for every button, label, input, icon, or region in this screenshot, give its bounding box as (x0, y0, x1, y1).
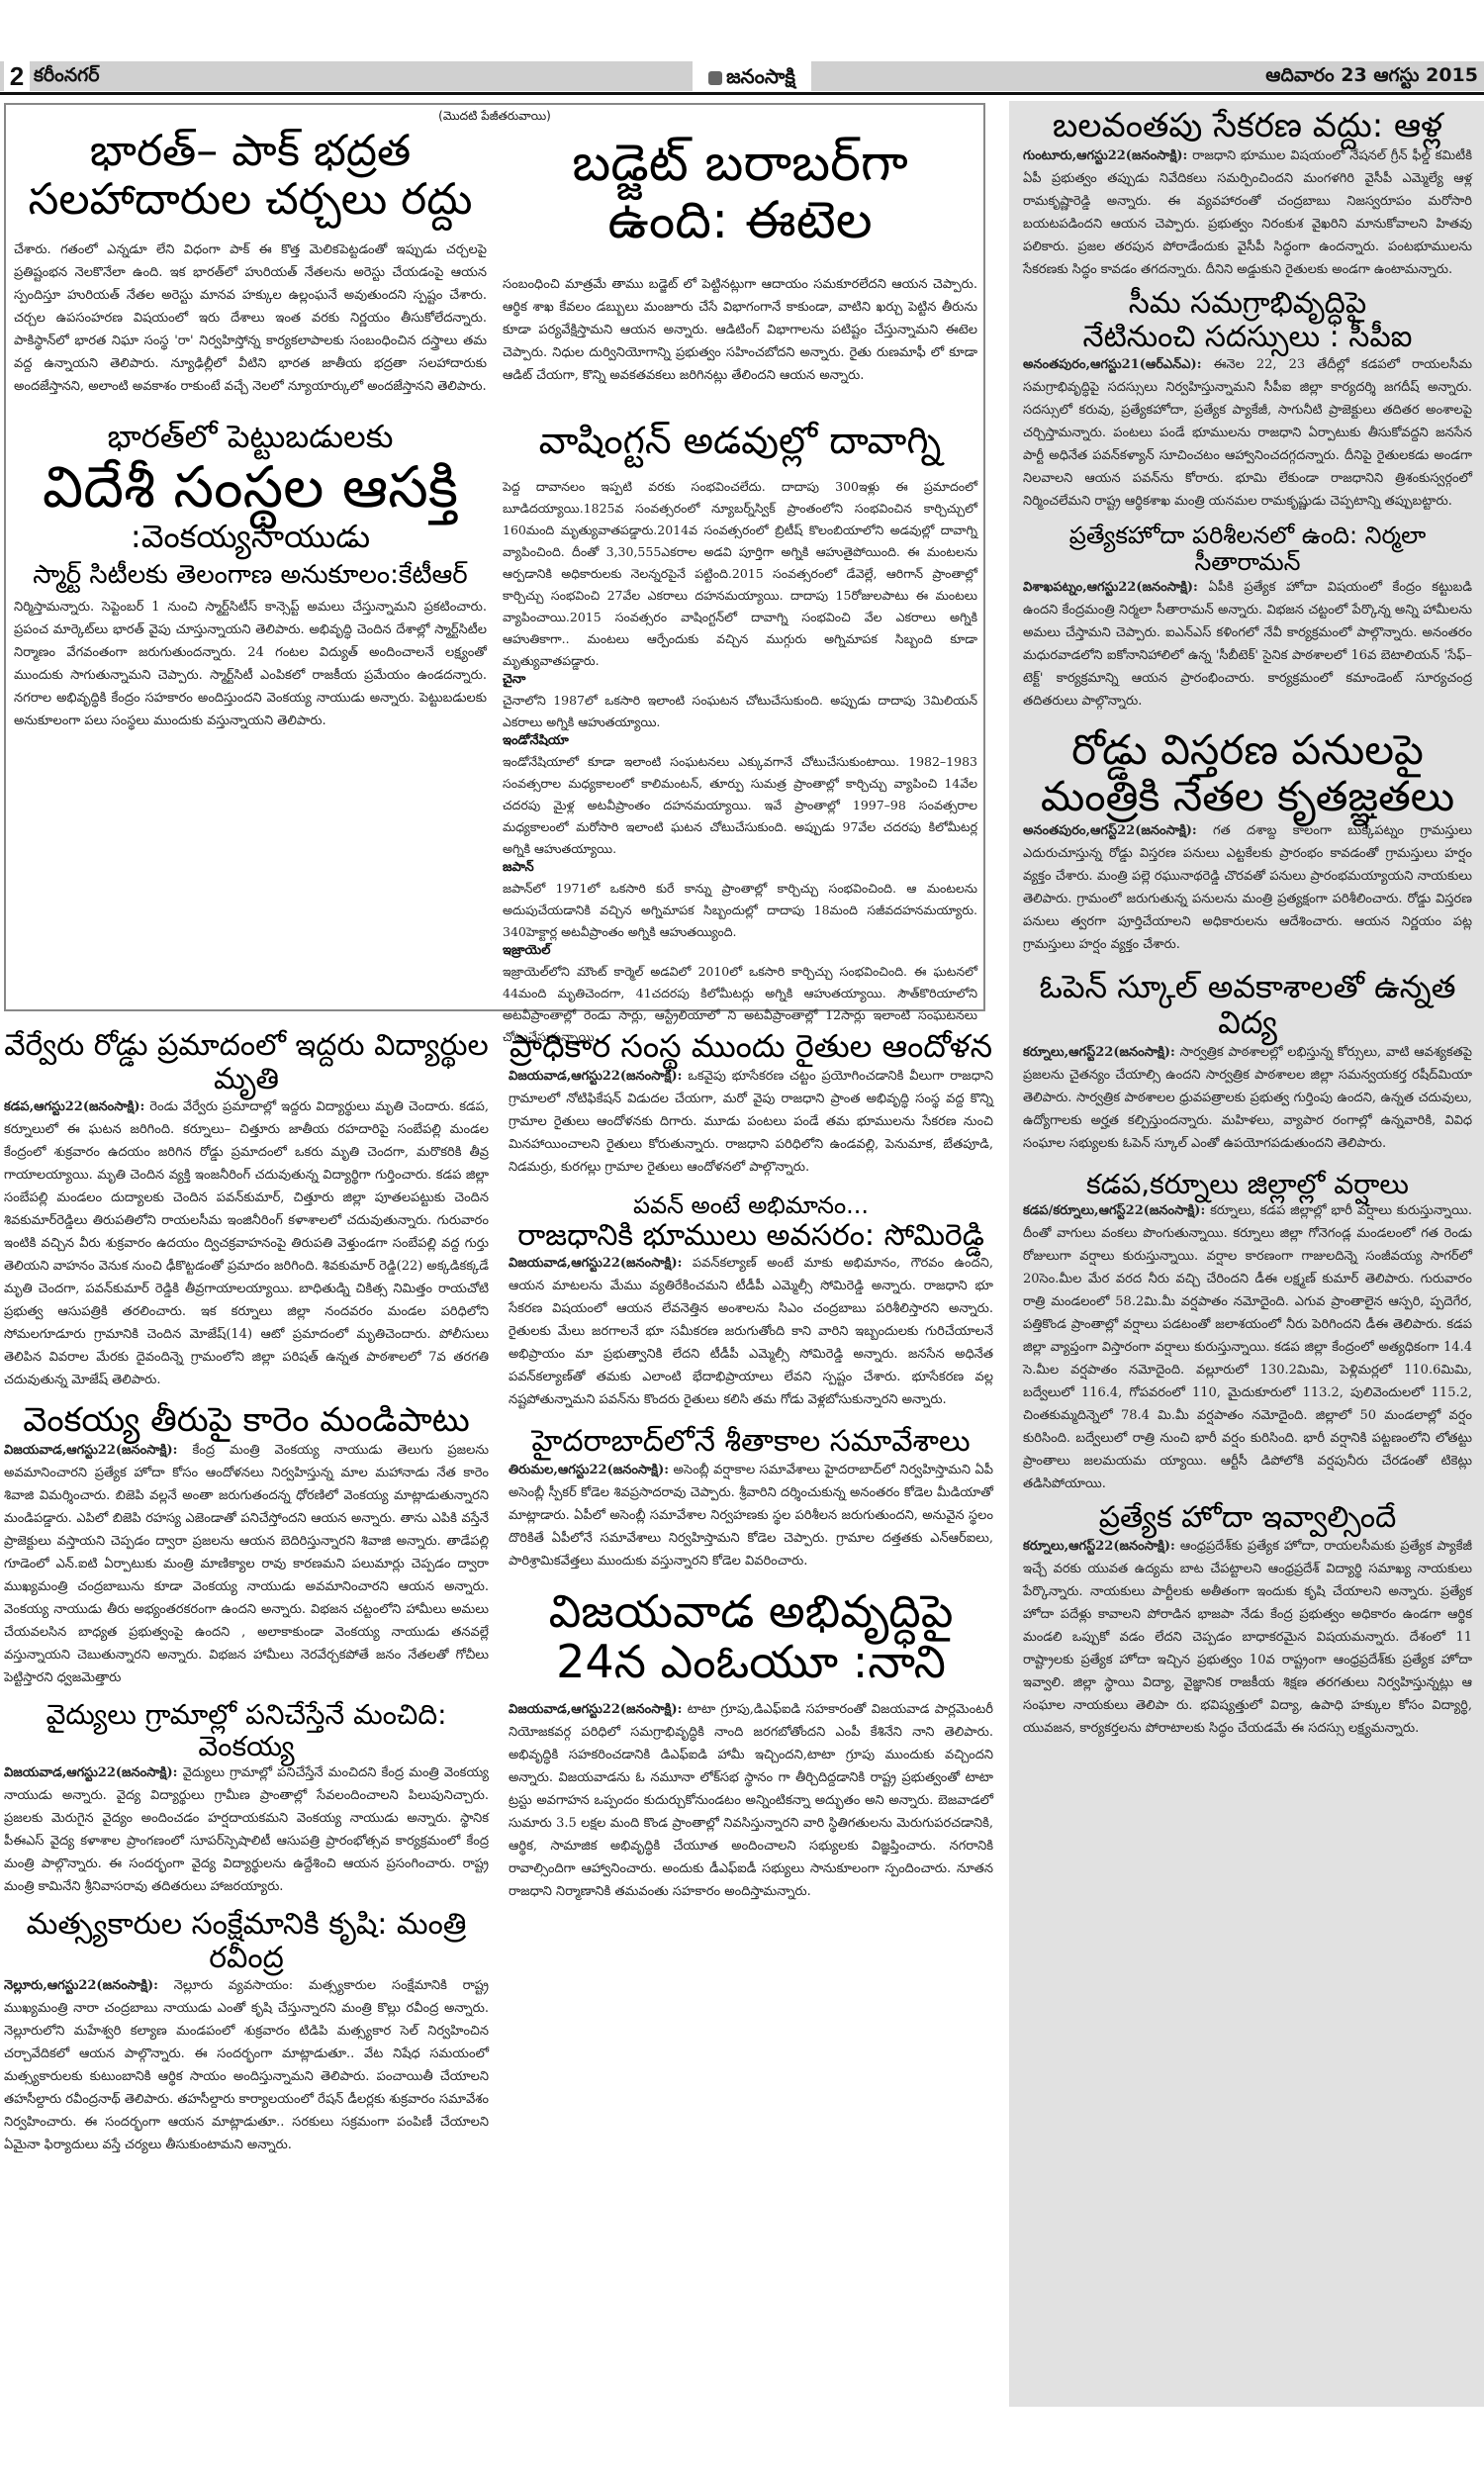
section-text: ఇండోనేషియాలో కూడా ఇలాంటి సంఘటనలు ఎక్కువగ… (503, 751, 977, 860)
article-body: తిరుమల,ఆగస్టు22(జనంసాక్షి): అసెంబ్లీ వర్… (509, 1459, 993, 1572)
section-text: చైనాలోని 1987లో ఒకసారి ఇలాంటి సంఘటన చోటు… (503, 690, 977, 733)
headline: బలవంతపు సేకరణ వద్దు: ఆళ్ల (1023, 107, 1472, 144)
article: ప్రాధికార సంస్థ ముందు రైతుల ఆందోళన విజయవ… (509, 1029, 993, 1179)
headline: వాషింగ్టన్ అడవుల్లో దావాగ్ని (503, 420, 977, 462)
headline: రోడ్డు విస్తరణ పనులపై (1023, 726, 1472, 773)
headline: కడప,కర్నూలు జిల్లాల్లో వర్షాలు (1023, 1169, 1472, 1199)
article: విజయవాడ అభివృద్ధిపై 24న ఎంఓయూ :నాని విజయ… (509, 1586, 993, 1903)
article: మత్స్యకారుల సంక్షేమానికి కృషి: మంత్రి రవ… (4, 1908, 489, 2156)
article: ఓపెన్ స్కూల్ అవకాశాలతో ఉన్నత విద్య కర్నూ… (1023, 970, 1472, 1155)
article-budget-etela: బడ్జెట్ బరాబర్‌గా ఉంది: ఈటెల సంబంధించి మ… (503, 135, 977, 387)
article: వేర్వేరు రోడ్డు ప్రమాదంలో ఇద్దరు విద్యార… (4, 1029, 489, 1391)
dateline: విజయవాడ,ఆగస్టు22(జనంసాక్షి): (4, 1765, 177, 1780)
headline: ప్రత్యేకహోదా పరిశీలనలో ఉంది: నిర్మలా సీత… (1023, 523, 1472, 576)
kicker: పవన్ అంటే అభిమానం... (509, 1192, 993, 1219)
article: ప్రత్యేక హోదా ఇవ్వాల్సిందే కర్నూలు,ఆగస్ట… (1023, 1501, 1472, 1740)
article-indo-pak-talks: భారత్– పాక్ భద్రత సలహాదారుల చర్చలు రద్దు… (14, 127, 487, 398)
article: సీమ సమగ్రాభివృద్ధిపై నేటినుంచి సదస్సులు … (1023, 287, 1472, 513)
middle-column: ప్రాధికార సంస్థ ముందు రైతుల ఆందోళన విజయవ… (509, 1029, 993, 1903)
article-body: పెద్ద దావానలం ఇప్పటి వరకు సంభవించలేదు. ద… (503, 476, 977, 672)
brand-name: జనంసాక్షి (726, 64, 795, 88)
dateline: విజయవాడ,ఆగస్టు22(జనంసాక్షి): (509, 1256, 682, 1271)
edition-region: కరీంనగర్ (34, 64, 100, 91)
article: ప్రత్యేకహోదా పరిశీలనలో ఉంది: నిర్మలా సీత… (1023, 523, 1472, 713)
headline: వైద్యులు గ్రామాల్లో పనిచేస్తేనే మంచిది: … (4, 1699, 489, 1761)
continued-label: (మొదటి పేజీతరువాయి) (6, 109, 983, 126)
article-body: సంబంధించి మాత్రమే తాము బడ్జెట్ లో పెట్టి… (503, 273, 977, 387)
section-title: ఇజ్రాయెల్ (503, 943, 977, 961)
article-body: విజయవాడ,ఆగస్టు22(జనంసాక్షి): ఒకవైపు భూసే… (509, 1065, 993, 1179)
section-title: ఇండోనేషియా (503, 733, 977, 751)
page-number: 2 (4, 61, 30, 91)
headline: బడ్జెట్ బరాబర్‌గా (503, 135, 977, 192)
headline: సలహాదారుల చర్చలు రద్దు (14, 175, 487, 224)
article-body: విజయవాడ,ఆగస్టు22(జనంసాక్షి): వైద్యులు గ్… (4, 1761, 489, 1898)
headline: భారత్– పాక్ భద్రత (14, 127, 487, 175)
headline: విజయవాడ అభివృద్ధిపై (509, 1586, 993, 1638)
article-body: విజయవాడ,ఆగస్టు22(జనంసాక్షి): టాటా గ్రూపు… (509, 1698, 993, 1903)
section-text: జపాన్‌లో 1971లో ఒకసారి కురే కాన్ను ప్రాం… (503, 878, 977, 943)
byline: :వెంకయ్యనాయుడు (14, 520, 487, 555)
article-body: అనంతపురం,ఆగస్ట్22(జనంసాక్షి): గత దశాబ్ద … (1023, 819, 1472, 956)
right-column-content: బలవంతపు సేకరణ వద్దు: ఆళ్ల గుంటూరు,ఆగస్టు… (1023, 107, 1472, 1740)
page-header: 2 కరీంనగర్ జనంసాక్షి ఆదివారం 23 ఆగస్టు 2… (0, 61, 1484, 91)
article: పవన్ అంటే అభిమానం... రాజధానికి భూములు అవ… (509, 1192, 993, 1411)
article-body: అనంతపురం,ఆగస్టు21(ఆర్ఎన్ఎ): ఈనెల 22, 23 … (1023, 353, 1472, 513)
section-title: జపాన్ (503, 860, 977, 878)
kicker: భారత్‌లో పెట్టుబడులకు (14, 420, 487, 455)
dateline: విజయవాడ,ఆగస్టు22(జనంసాక్షి): (4, 1443, 177, 1458)
article-body: నెల్లూరు,ఆగస్టు22(జనంసాక్షి): నెల్లూరు వ… (4, 1974, 489, 2156)
headline: మంత్రికి నేతల కృతజ్ఞతలు (1023, 773, 1472, 819)
dateline: తిరుమల,ఆగస్టు22(జనంసాక్షి): (509, 1463, 669, 1477)
dateline: విజయవాడ,ఆగస్టు22(జనంసాక్షి): (509, 1069, 682, 1084)
article-body: విశాఖపట్నం,ఆగస్టు22(జనంసాక్షి): ఏపీకి ప్… (1023, 576, 1472, 713)
article-washington-wildfire: వాషింగ్టన్ అడవుల్లో దావాగ్ని పెద్ద దావాన… (503, 420, 977, 1048)
article: వైద్యులు గ్రామాల్లో పనిచేస్తేనే మంచిది: … (4, 1699, 489, 1898)
article: కడప,కర్నూలు జిల్లాల్లో వర్షాలు కడప/కర్నూ… (1023, 1169, 1472, 1495)
logo-icon (708, 71, 722, 85)
headline: నేటినుంచి సదస్సులు : సీపీఐ (1023, 321, 1472, 354)
article-body: విజయవాడ,ఆగస్టు22(జనంసాక్షి): కేంద్ర మంత్… (4, 1439, 489, 1689)
dateline: గుంటూరు,ఆగస్టు22(జనంసాక్షి): (1023, 148, 1187, 163)
front-page-continuation-box: (మొదటి పేజీతరువాయి) భారత్– పాక్ భద్రత సల… (4, 103, 985, 1011)
right-shaded-column: బలవంతపు సేకరణ వద్దు: ఆళ్ల గుంటూరు,ఆగస్టు… (1009, 101, 1484, 2407)
headline: 24న ఎంఓయూ :నాని (509, 1637, 993, 1688)
headline: హైదరాబాద్‌లోనే శీతాకాల సమావేశాలు (509, 1425, 993, 1459)
dateline: అనంతపురం,ఆగస్ట్22(జనంసాక్షి): (1023, 823, 1197, 838)
headline: వేర్వేరు రోడ్డు ప్రమాదంలో ఇద్దరు విద్యార… (4, 1029, 489, 1095)
article-body: గుంటూరు,ఆగస్టు22(జనంసాక్షి): రాజధాని భూమ… (1023, 144, 1472, 281)
article-body: నిర్మిస్తామన్నారు. సెప్టెంబర్ 1 నుంచి స్… (14, 596, 487, 732)
left-column: వేర్వేరు రోడ్డు ప్రమాదంలో ఇద్దరు విద్యార… (4, 1029, 489, 2156)
headline: సీమ సమగ్రాభివృద్ధిపై (1023, 287, 1472, 321)
dateline: నెల్లూరు,ఆగస్టు22(జనంసాక్షి): (4, 1978, 158, 1993)
newspaper-logo: జనంసాక్షి (693, 59, 811, 93)
article: రోడ్డు విస్తరణ పనులపై మంత్రికి నేతల కృతజ… (1023, 726, 1472, 956)
article-body: కర్నూలు,ఆగస్ట్22(జనంసాక్షి): సార్వత్రిక … (1023, 1041, 1472, 1155)
article: బలవంతపు సేకరణ వద్దు: ఆళ్ల గుంటూరు,ఆగస్టు… (1023, 107, 1472, 281)
article-body: చేశారు. గతంలో ఎన్నడూ లేని విధంగా పాక్ ఈ … (14, 238, 487, 398)
article: హైదరాబాద్‌లోనే శీతాకాల సమావేశాలు తిరుమల,… (509, 1425, 993, 1572)
headline: ప్రాధికార సంస్థ ముందు రైతుల ఆందోళన (509, 1029, 993, 1065)
article: వెంకయ్య తీరుపై కారెం మండిపాటు విజయవాడ,ఆగ… (4, 1401, 489, 1689)
issue-date: ఆదివారం 23 ఆగస్టు 2015 (1265, 64, 1478, 91)
headline: ప్రత్యేక హోదా ఇవ్వాల్సిందే (1023, 1501, 1472, 1535)
headline: మత్స్యకారుల సంక్షేమానికి కృషి: మంత్రి రవ… (4, 1908, 489, 1974)
article-body: కడప,ఆగస్టు22(జనంసాక్షి): రెండు వేర్వేరు … (4, 1095, 489, 1391)
section-title: చైనా (503, 672, 977, 690)
headline: వెంకయ్య తీరుపై కారెం మండిపాటు (4, 1401, 489, 1439)
dateline: విశాఖపట్నం,ఆగస్టు22(జనంసాక్షి): (1023, 580, 1198, 595)
article-foreign-investment: భారత్‌లో పెట్టుబడులకు విదేశీ సంస్థల ఆసక్… (14, 420, 487, 732)
dateline: కడప/కర్నూలు,ఆగస్ట్22(జనంసాక్షి): (1023, 1203, 1205, 1218)
article-body: కర్నూలు,ఆగస్ట్22(జనంసాక్షి): ఆంధ్రప్రదేశ… (1023, 1535, 1472, 1740)
article-body: కడప/కర్నూలు,ఆగస్ట్22(జనంసాక్షి): కర్నూలు… (1023, 1199, 1472, 1495)
headline: ఓపెన్ స్కూల్ అవకాశాలతో ఉన్నత విద్య (1023, 970, 1472, 1041)
sub-headline: స్మార్ట్ సిటీలకు తెలంగాణ అనుకూలం:కేటీఆర్ (14, 561, 487, 590)
article-body: విజయవాడ,ఆగస్టు22(జనంసాక్షి): పవన్‌కల్యాణ… (509, 1252, 993, 1411)
header-rule (0, 92, 1484, 95)
headline: ఉంది: ఈటెల (503, 192, 977, 249)
dateline: అనంతపురం,ఆగస్టు21(ఆర్ఎన్ఎ): (1023, 357, 1202, 372)
headline: విదేశీ సంస్థల ఆసక్తి (14, 455, 487, 520)
dateline: కర్నూలు,ఆగస్ట్22(జనంసాక్షి): (1023, 1539, 1175, 1554)
dateline: విజయవాడ,ఆగస్టు22(జనంసాక్షి): (509, 1702, 682, 1717)
headline: రాజధానికి భూములు అవసరం: సోమిరెడ్డి (509, 1219, 993, 1253)
dateline: కడప,ఆగస్టు22(జనంసాక్షి): (4, 1099, 144, 1114)
dateline: కర్నూలు,ఆగస్ట్22(జనంసాక్షి): (1023, 1045, 1175, 1060)
